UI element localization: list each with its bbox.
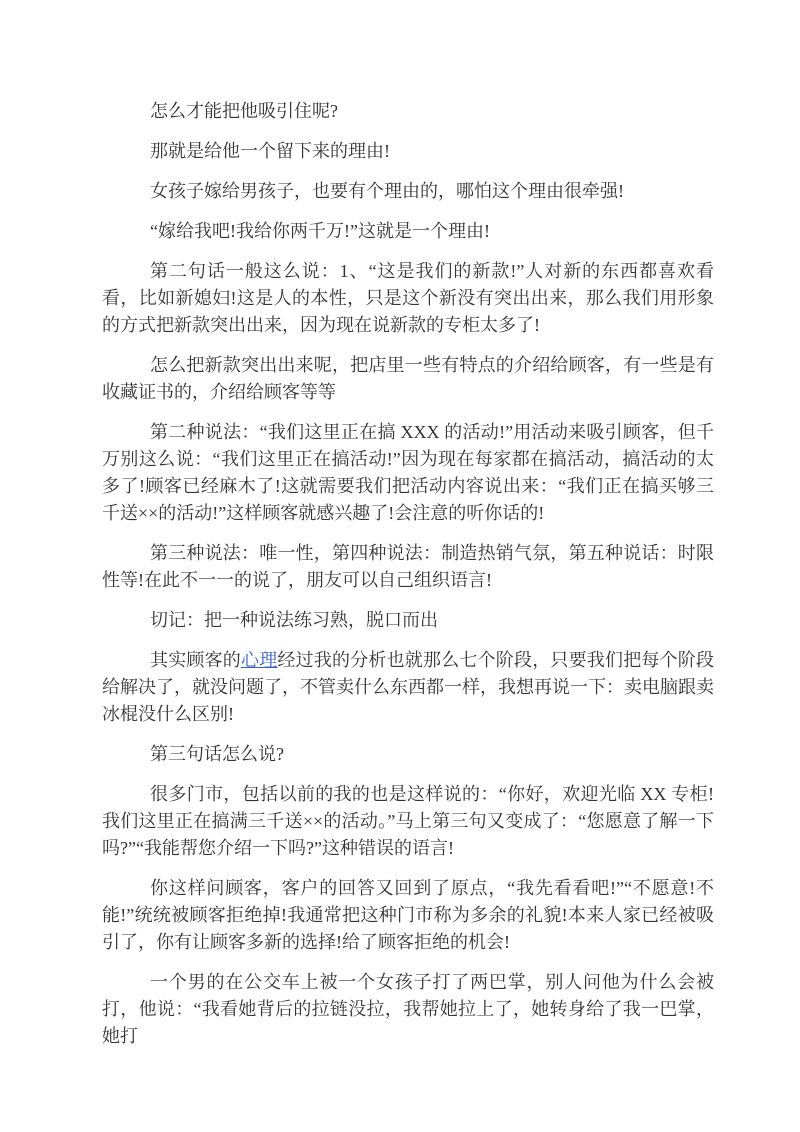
paragraph-14: 一个男的在公交车上被一个女孩子打了两巴掌，别人问他为什么会被打，他说：“我看她背… (102, 969, 714, 1050)
paragraph-2: 那就是给他一个留下来的理由! (102, 138, 714, 165)
paragraph-1: 怎么才能把他吸引住呢? (102, 98, 714, 125)
xinli-hyperlink[interactable]: 心理 (241, 650, 277, 670)
paragraph-10: 其实顾客的心理经过我的分析也就那么七个阶段，只要我们把每个阶段给解决了，就没问题… (102, 647, 714, 728)
paragraph-12: 很多门市，包括以前的我的也是这样说的：“你好，欢迎光临 XX 专柜!我们这里正在… (102, 781, 714, 862)
paragraph-9: 切记：把一种说法练习熟，脱口而出 (102, 607, 714, 634)
document-viewer: { "page": { "background_color": "#ffffff… (0, 0, 800, 1132)
paragraph-13: 你这样问顾客，客户的回答又回到了原点，“我先看看吧!”“不愿意!不能!”统统被顾… (102, 875, 714, 956)
paragraph-4: “嫁给我吧!我给你两千万!”这就是一个理由! (102, 218, 714, 245)
paragraph-3: 女孩子嫁给男孩子，也要有个理由的，哪怕这个理由很牵强! (102, 178, 714, 205)
document-page: 怎么才能把他吸引住呢? 那就是给他一个留下来的理由! 女孩子嫁给男孩子，也要有个… (0, 0, 800, 1132)
paragraph-6: 怎么把新款突出出来呢，把店里一些有特点的介绍给顾客，有一些是有收藏证书的，介绍给… (102, 352, 714, 406)
paragraph-5: 第二句话一般这么说：1、“这是我们的新款!”人对新的东西都喜欢看看，比如新媳妇!… (102, 258, 714, 339)
paragraph-10-text-before-link: 其实顾客的 (150, 650, 241, 670)
paragraph-7: 第二种说法：“我们这里正在搞 XXX 的活动!”用活动来吸引顾客，但千万别这么说… (102, 419, 714, 527)
paragraph-8: 第三种说法：唯一性，第四种说法：制造热销气氛，第五种说话：时限性等!在此不一一的… (102, 540, 714, 594)
paragraph-11: 第三句话怎么说? (102, 741, 714, 768)
